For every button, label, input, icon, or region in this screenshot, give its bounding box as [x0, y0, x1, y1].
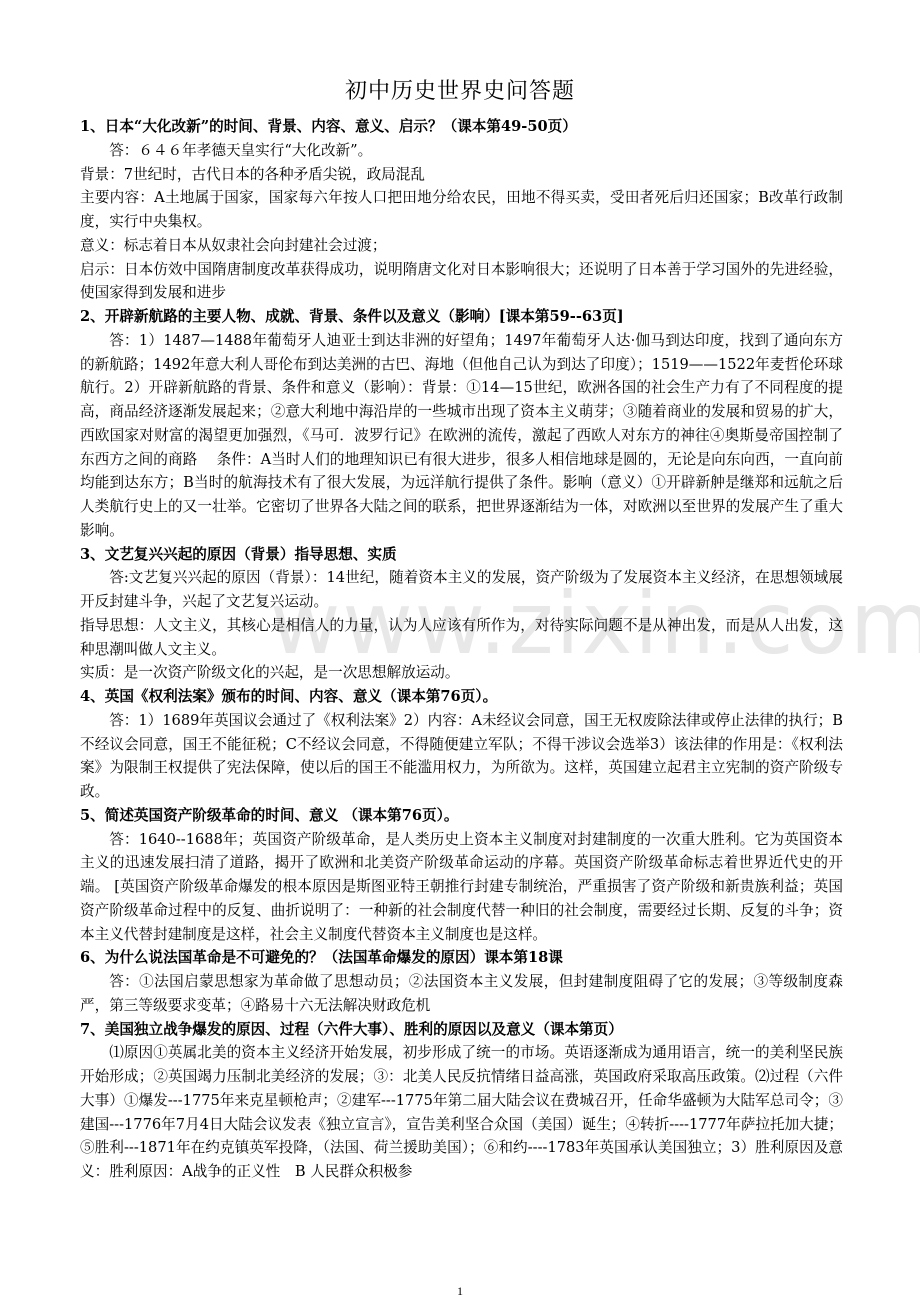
section-5: 5、简述英国资产阶级革命的时间、意义 （课本第76页）。 答：1640--168…: [80, 804, 843, 947]
answer-paragraph: 答：６４６年孝德天皇实行“大化改新”。: [80, 139, 843, 163]
question-heading: 7、美国独立战争爆发的原因、过程（六件大事）、胜利的原因以及意义（课本第页）: [80, 1018, 843, 1042]
section-1: 1、日本“大化改新”的时间、背景、内容、意义、启示？（课本第49-50页） 答：…: [80, 115, 843, 305]
question-heading: 4、英国《权利法案》颁布的时间、内容、意义（课本第76页）。: [80, 685, 843, 709]
answer-paragraph: 答：1640--1688年；英国资产阶级革命，是人类历史上资本主义制度对封建制度…: [80, 828, 843, 947]
significance-paragraph: 意义：标志着日本从奴隶社会向封建社会过渡；: [80, 234, 843, 258]
question-heading: 3、文艺复兴兴起的原因（背景）指导思想、实质: [80, 543, 843, 567]
question-heading: 5、简述英国资产阶级革命的时间、意义 （课本第76页）。: [80, 804, 843, 828]
essence-paragraph: 实质：是一次资产阶级文化的兴起，是一次思想解放运动。: [80, 661, 843, 685]
answer-paragraph: ⑴原因①英属北美的资本主义经济开始发展，初步形成了统一的市场。英语逐渐成为通用语…: [80, 1041, 843, 1184]
answer-paragraph: 答：1）1487—1488年葡萄牙人迪亚士到达非洲的好望角；1497年葡萄牙人达…: [80, 329, 843, 543]
document-body: 1、日本“大化改新”的时间、背景、内容、意义、启示？（课本第49-50页） 答：…: [80, 115, 843, 1184]
lesson-paragraph: 启示：日本仿效中国隋唐制度改革获得成功，说明隋唐文化对日本影响很大；还说明了日本…: [80, 258, 843, 306]
question-heading: 6、为什么说法国革命是不可避免的？（法国革命爆发的原因）课本第18课: [80, 946, 843, 970]
section-3: 3、文艺复兴兴起的原因（背景）指导思想、实质 答:文艺复兴兴起的原因（背景）：1…: [80, 543, 843, 686]
page-number: 1: [0, 1284, 920, 1299]
question-heading: 1、日本“大化改新”的时间、背景、内容、意义、启示？（课本第49-50页）: [80, 115, 843, 139]
section-2: 2、开辟新航路的主要人物、成就、背景、条件以及意义（影响）[课本第59--63页…: [80, 305, 843, 543]
background-paragraph: 背景：7世纪时，古代日本的各种矛盾尖锐，政局混乱: [80, 163, 843, 187]
question-heading: 2、开辟新航路的主要人物、成就、背景、条件以及意义（影响）[课本第59--63页…: [80, 305, 843, 329]
answer-paragraph: 答：1）1689年英国议会通过了《权利法案》2）内容：A未经议会同意，国王无权废…: [80, 709, 843, 804]
document-page: www.zixin.com.cn 初中历史世界史问答题 1、日本“大化改新”的时…: [0, 0, 920, 1302]
section-6: 6、为什么说法国革命是不可避免的？（法国革命爆发的原因）课本第18课 答：①法国…: [80, 946, 843, 1017]
content-paragraph: 主要内容：A土地属于国家，国家每六年按人口把田地分给农民，田地不得买卖，受田者死…: [80, 186, 843, 234]
guiding-thought-paragraph: 指导思想：人文主义，其核心是相信人的力量，认为人应该有所作为，对待实际问题不是从…: [80, 614, 843, 662]
answer-paragraph: 答：①法国启蒙思想家为革命做了思想动员；②法国资本主义发展，但封建制度阻碍了它的…: [80, 970, 843, 1018]
document-title: 初中历史世界史问答题: [0, 74, 920, 105]
section-4: 4、英国《权利法案》颁布的时间、内容、意义（课本第76页）。 答：1）1689年…: [80, 685, 843, 804]
answer-paragraph: 答:文艺复兴兴起的原因（背景）：14世纪，随着资本主义的发展，资产阶级为了发展资…: [80, 566, 843, 614]
section-7: 7、美国独立战争爆发的原因、过程（六件大事）、胜利的原因以及意义（课本第页） ⑴…: [80, 1018, 843, 1184]
